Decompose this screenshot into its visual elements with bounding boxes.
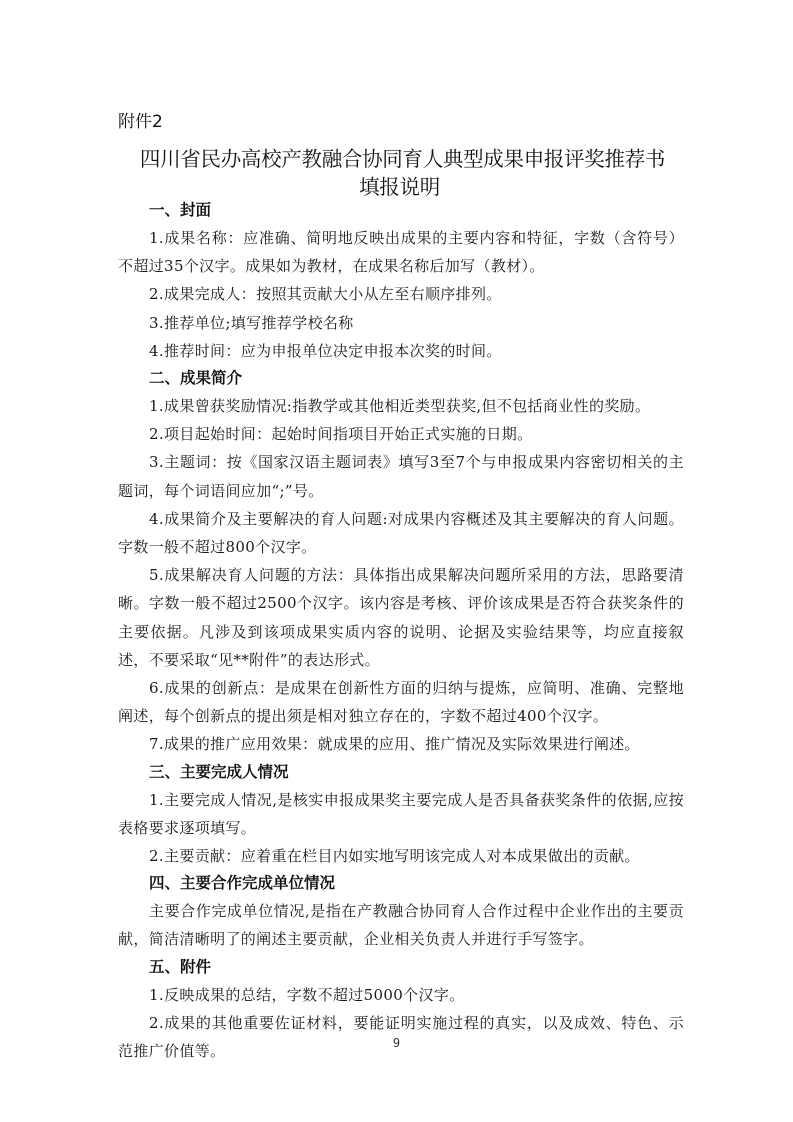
- section-heading-main-contributors: 三、主要完成人情况: [118, 759, 684, 786]
- paragraph: 2.项目起始时间：起始时间指项目开始正式实施的日期。: [118, 420, 684, 448]
- paragraph: 5.成果解决育人问题的方法：具体指出成果解决问题所采用的方法，思路要清晰。字数一…: [118, 561, 684, 674]
- paragraph: 主要合作完成单位情况,是指在产教融合协同育人合作过程中企业作出的主要贡献，简洁清…: [118, 897, 684, 953]
- paragraph: 4.推荐时间：应为申报单位决定申报本次奖的时间。: [118, 337, 684, 365]
- document-title: 四川省民办高校产教融合协同育人典型成果申报评奖推荐书: [6, 142, 793, 172]
- section-heading-cover: 一、封面: [118, 197, 684, 224]
- paragraph: 3.主题词：按《国家汉语主题词表》填写3至7个与申报成果内容密切相关的主题词，每…: [118, 448, 684, 504]
- paragraph: 1.成果曾获奖励情况:指教学或其他相近类型获奖,但不包括商业性的奖励。: [118, 392, 684, 420]
- paragraph: 1.主要完成人情况,是核实申报成果奖主要完成人是否具备获奖条件的依据,应按表格要…: [118, 786, 684, 842]
- section-heading-attachments: 五、附件: [118, 954, 684, 981]
- page-number: 9: [0, 1036, 793, 1050]
- document-page: 附件2 四川省民办高校产教融合协同育人典型成果申报评奖推荐书 填报说明 一、封面…: [0, 0, 793, 1122]
- paragraph: 2.成果完成人：按照其贡献大小从左至右顺序排列。: [118, 280, 684, 308]
- paragraph: 4.成果简介及主要解决的育人问题:对成果内容概述及其主要解决的育人问题。字数一般…: [118, 505, 684, 561]
- section-heading-partner-units: 四、主要合作完成单位情况: [118, 870, 684, 897]
- paragraph: 2.主要贡献：应着重在栏目内如实地写明该完成人对本成果做出的贡献。: [118, 842, 684, 870]
- paragraph: 7.成果的推广应用效果：就成果的应用、推广情况及实际效果进行阐述。: [118, 730, 684, 758]
- paragraph: 1.反映成果的总结，字数不超过5000个汉字。: [118, 981, 684, 1009]
- paragraph: 1.成果名称：应准确、简明地反映出成果的主要内容和特征，字数（含符号）不超过35…: [118, 224, 684, 280]
- document-subtitle: 填报说明: [3, 170, 793, 200]
- paragraph: 3.推荐单位;填写推荐学校名称: [118, 309, 684, 337]
- paragraph: 6.成果的创新点：是成果在创新性方面的归纳与提炼，应简明、准确、完整地阐述，每个…: [118, 674, 684, 730]
- attachment-label: 附件2: [118, 107, 163, 132]
- document-body: 一、封面 1.成果名称：应准确、简明地反映出成果的主要内容和特征，字数（含符号）…: [118, 197, 684, 1065]
- section-heading-summary: 二、成果简介: [118, 365, 684, 392]
